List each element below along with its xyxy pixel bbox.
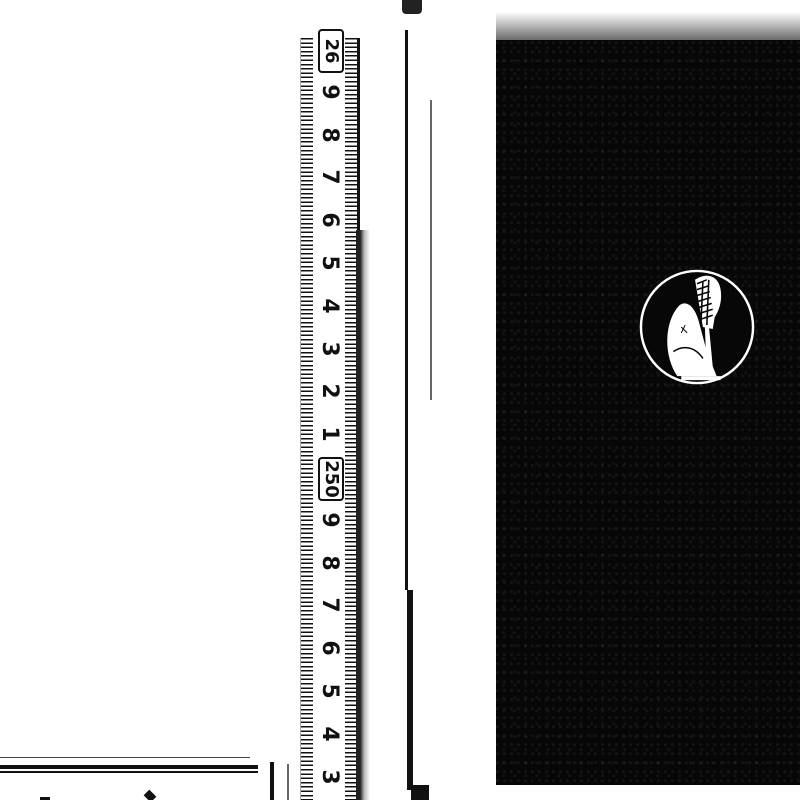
- ruler-number: 6: [318, 206, 340, 234]
- measuring-ruler: 269876543212509876543: [300, 38, 360, 800]
- ruler-number: 8: [318, 121, 340, 149]
- book-spine-edge: [411, 785, 429, 800]
- scan-artifact: [270, 762, 274, 800]
- ruler-number: 8: [318, 549, 340, 577]
- ruler-number: 4: [318, 720, 340, 748]
- cover-top-edge: [496, 12, 800, 42]
- ruler-number: 7: [318, 163, 340, 191]
- ruler-number: 3: [318, 335, 340, 363]
- book-spine-edge: [407, 590, 413, 790]
- ruler-number: 4: [318, 292, 340, 320]
- ruler-shadow: [356, 230, 370, 800]
- ruler-number: 3: [318, 763, 340, 791]
- ruler-number: 5: [318, 249, 340, 277]
- ruler-number: 9: [318, 78, 340, 106]
- table-edge-line: [0, 765, 258, 769]
- ruler-number: 7: [318, 591, 340, 619]
- ruler-number: 2: [318, 377, 340, 405]
- table-edge-line: [0, 757, 250, 758]
- scan-artifact: [144, 790, 157, 800]
- seated-figure-in-circle-emblem: [638, 268, 756, 386]
- ruler-number: 5: [318, 677, 340, 705]
- ruler-number: 250: [318, 457, 344, 501]
- ruler-number: 9: [318, 506, 340, 534]
- ruler-number: 26: [318, 29, 344, 73]
- table-edge-line: [0, 771, 258, 773]
- book-cover: [496, 40, 800, 785]
- ruler-number: 6: [318, 634, 340, 662]
- book-spine-edge: [405, 30, 408, 590]
- scan-scene: 269876543212509876543: [0, 0, 800, 800]
- scan-artifact: [287, 764, 289, 800]
- book-spine-top: [402, 0, 422, 14]
- book-page-edge: [430, 100, 432, 400]
- ruler-ticks-left: [301, 38, 313, 800]
- ruler-number: 1: [318, 420, 340, 448]
